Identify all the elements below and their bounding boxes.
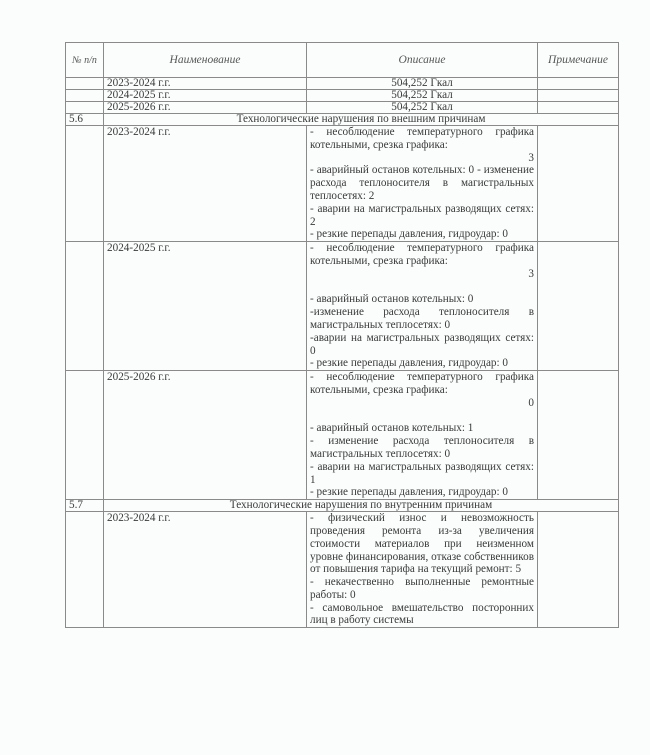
section-row: 5.7Технологические нарушения по внутренн… — [66, 500, 619, 512]
name-cell: 2023-2024 г.г. — [104, 512, 307, 628]
header-row: № п/п Наименование Описание Примечание — [66, 43, 619, 78]
num-cell — [66, 242, 104, 371]
description-line: -изменение расхода теплоносителя в магис… — [310, 306, 534, 332]
description-line: 3 — [310, 152, 534, 165]
header-name: Наименование — [104, 43, 307, 78]
sections-body: 5.6Технологические нарушения по внешним … — [66, 114, 619, 628]
description-line — [310, 281, 534, 294]
description-line: - аварийный останов котельных: 1 — [310, 422, 534, 435]
note-cell — [538, 90, 619, 102]
header-description: Описание — [307, 43, 538, 78]
table-row: 2024-2025 г.г. 504,252 Гкал — [66, 90, 619, 102]
num-cell — [66, 126, 104, 242]
section-title: Технологические нарушения по внутренним … — [104, 500, 619, 512]
name-cell: 2025-2026 г.г. — [104, 371, 307, 500]
description-line: - аварии на магистральных разводящих сет… — [310, 203, 534, 229]
name-cell: 2024-2025 г.г. — [104, 242, 307, 371]
description-cell: 504,252 Гкал — [307, 78, 538, 90]
description-line: - резкие перепады давления, гидроудар: 0 — [310, 486, 534, 499]
description-line: - несоблюдение температурного графика ко… — [310, 126, 534, 152]
num-cell — [66, 512, 104, 628]
description-line: - изменение расхода теплоносителя в маги… — [310, 435, 534, 461]
description-cell: - физический износ и невозможность прове… — [307, 512, 538, 628]
description-line: - несоблюдение температурного графика ко… — [310, 371, 534, 397]
description-line: - резкие перепады давления, гидроудар: 0 — [310, 357, 534, 370]
num-cell — [66, 102, 104, 114]
note-cell — [538, 126, 619, 242]
description-line — [310, 410, 534, 423]
description-line: -аварии на магистральных разводящих сетя… — [310, 332, 534, 358]
table-row: 2023-2024 г.г. 504,252 Гкал — [66, 78, 619, 90]
note-cell — [538, 371, 619, 500]
name-cell: 2025-2026 г.г. — [104, 102, 307, 114]
table-row: 2024-2025 г.г.- несоблюдение температурн… — [66, 242, 619, 371]
description-cell: - несоблюдение температурного графика ко… — [307, 371, 538, 500]
name-cell: 2024-2025 г.г. — [104, 90, 307, 102]
description-cell: 504,252 Гкал — [307, 102, 538, 114]
description-cell: - несоблюдение температурного графика ко… — [307, 126, 538, 242]
description-cell: - несоблюдение температурного графика ко… — [307, 242, 538, 371]
description-line: 3 — [310, 268, 534, 281]
description-cell: 504,252 Гкал — [307, 90, 538, 102]
header-note: Примечание — [538, 43, 619, 78]
name-cell: 2023-2024 г.г. — [104, 126, 307, 242]
num-cell — [66, 78, 104, 90]
name-cell: 2023-2024 г.г. — [104, 78, 307, 90]
description-line: - аварийный останов котельных: 0 — [310, 293, 534, 306]
description-line: - физический износ и невозможность прове… — [310, 512, 534, 576]
document-table: № п/п Наименование Описание Примечание 2… — [65, 42, 619, 628]
header-num: № п/п — [66, 43, 104, 78]
description-line: - аварии на магистральных разводящих сет… — [310, 461, 534, 487]
description-line: - резкие перепады давления, гидроудар: 0 — [310, 228, 534, 241]
section-num: 5.7 — [66, 500, 104, 512]
table-row: 2025-2026 г.г. 504,252 Гкал — [66, 102, 619, 114]
description-line: - аварийный останов котельных: 0 - измен… — [310, 164, 534, 202]
section-row: 5.6Технологические нарушения по внешним … — [66, 114, 619, 126]
note-cell — [538, 512, 619, 628]
table-row: 2025-2026 г.г.- несоблюдение температурн… — [66, 371, 619, 500]
table-row: 2023-2024 г.г.- физический износ и невоз… — [66, 512, 619, 628]
num-cell — [66, 90, 104, 102]
note-cell — [538, 102, 619, 114]
note-cell — [538, 78, 619, 90]
description-line: - несоблюдение температурного графика ко… — [310, 242, 534, 268]
note-cell — [538, 242, 619, 371]
num-cell — [66, 371, 104, 500]
section-num: 5.6 — [66, 114, 104, 126]
table-row: 2023-2024 г.г.- несоблюдение температурн… — [66, 126, 619, 242]
description-line: - самовольное вмешательство посторонних … — [310, 602, 534, 628]
section-title: Технологические нарушения по внешним при… — [104, 114, 619, 126]
description-line: - некачественно выполненные ремонтные ра… — [310, 576, 534, 602]
description-line: 0 — [310, 397, 534, 410]
